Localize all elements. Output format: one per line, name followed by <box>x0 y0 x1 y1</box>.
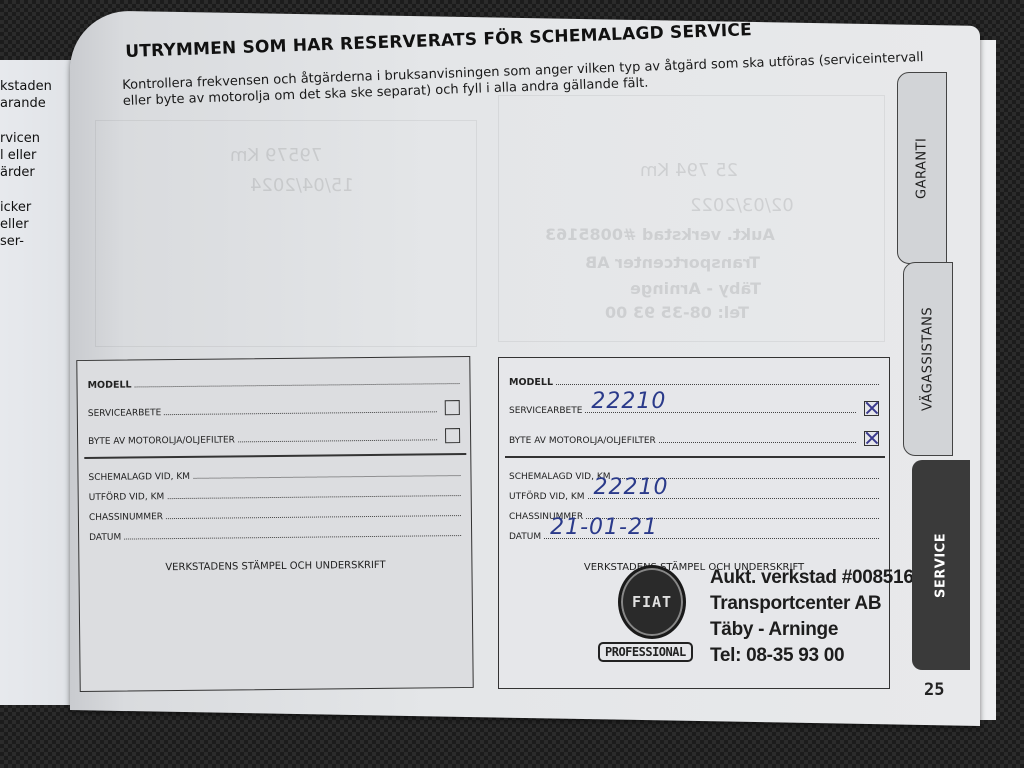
handwritten-datum: 21-01-21 <box>550 515 658 540</box>
stamp-line: Transportcenter AB <box>710 591 924 617</box>
handwritten-utford: 22210 <box>594 475 669 500</box>
servicearbete-checkbox[interactable] <box>445 400 460 415</box>
datum-row: DATUM <box>89 523 461 543</box>
servicearbete-row: SERVICEARBETE 22210 <box>509 400 879 416</box>
modell-row: MODELL <box>87 371 459 391</box>
stamp-label: VERKSTADENS STÄMPEL OCH UNDERSKRIFT <box>79 559 471 574</box>
servicearbete-label: SERVICEARBETE <box>509 406 582 416</box>
servicearbete-checkbox[interactable] <box>864 401 879 416</box>
modell-label: MODELL <box>509 377 553 388</box>
show-through-text: 02/03/2022 <box>690 195 794 216</box>
byte-checkbox[interactable] <box>445 428 460 443</box>
schemalagd-label: SCHEMALAGD VID, KM <box>88 472 190 483</box>
show-through-text: 15/04/2024 <box>250 175 354 196</box>
left-text-line: rvicen <box>0 130 52 147</box>
divider <box>505 456 885 458</box>
datum-label: DATUM <box>89 533 121 543</box>
professional-badge: PROFESSIONAL <box>598 642 693 662</box>
schemalagd-row: SCHEMALAGD VID, KM <box>88 463 460 483</box>
tab-service[interactable]: SERVICE <box>912 460 970 670</box>
tab-garanti[interactable]: GARANTI <box>897 72 947 264</box>
left-text-line: eller <box>0 216 52 233</box>
modell-field[interactable] <box>556 384 879 385</box>
show-through-text: 25 794 Km <box>640 160 738 181</box>
show-through-text: Tel: 08-35 93 00 <box>605 303 749 322</box>
servicearbete-row: SERVICEARBETE <box>88 399 460 419</box>
byte-field <box>238 439 437 442</box>
datum-field[interactable]: 21-01-21 <box>544 538 879 539</box>
utford-label: UTFÖRD VID, KM <box>509 492 585 502</box>
left-text-line: kstaden <box>0 78 52 95</box>
chassi-field[interactable] <box>166 515 461 519</box>
page-number: 25 <box>924 680 944 700</box>
chassi-label: CHASSINUMMER <box>89 512 163 523</box>
byte-row: BYTE AV MOTOROLJA/OLJEFILTER <box>88 427 460 447</box>
datum-label: DATUM <box>509 532 541 542</box>
byte-field <box>659 442 856 443</box>
tab-vagassistans[interactable]: VÄGASSISTANS <box>903 262 953 456</box>
service-form-1: MODELL SERVICEARBETE BYTE AV MOTOROLJA/O… <box>76 356 473 692</box>
byte-row: BYTE AV MOTOROLJA/OLJEFILTER <box>509 430 879 446</box>
show-through-text: Transportcenter AB <box>585 253 760 272</box>
schemalagd-row: SCHEMALAGD VID, KM <box>509 466 879 482</box>
utford-row: UTFÖRD VID, KM <box>89 483 461 503</box>
left-text-line: ser- <box>0 233 52 250</box>
fiat-logo-icon: FIAT <box>618 565 686 639</box>
modell-label: MODELL <box>87 379 131 390</box>
modell-row: MODELL <box>509 372 879 388</box>
stamp-text: Aukt. verkstad #0085163 Transportcenter … <box>710 565 924 669</box>
utford-field[interactable]: 22210 <box>588 498 879 499</box>
divider <box>84 453 466 459</box>
stamp-line: Aukt. verkstad #0085163 <box>710 565 924 591</box>
byte-label: BYTE AV MOTOROLJA/OLJEFILTER <box>509 436 656 446</box>
left-text-line: icker <box>0 199 52 216</box>
stamp-line: Tel: 08-35 93 00 <box>710 643 924 669</box>
schemalagd-field[interactable] <box>193 475 460 479</box>
show-through-text: Aukt. verkstad #0085163 <box>545 225 775 244</box>
utford-row: UTFÖRD VID, KM 22210 <box>509 486 879 502</box>
byte-checkbox[interactable] <box>864 431 879 446</box>
stamp-line: Täby - Arninge <box>710 617 924 643</box>
show-through-text: 79579 Km <box>230 145 322 166</box>
servicearbete-label: SERVICEARBETE <box>88 408 162 419</box>
left-text-line: arande <box>0 95 52 112</box>
chassi-row: CHASSINUMMER <box>89 503 461 523</box>
datum-row: DATUM 21-01-21 <box>509 526 879 542</box>
handwritten-servicearbete: 22210 <box>591 389 666 414</box>
datum-field[interactable] <box>124 535 461 540</box>
byte-label: BYTE AV MOTOROLJA/OLJEFILTER <box>88 435 235 447</box>
utford-label: UTFÖRD VID, KM <box>89 492 165 503</box>
modell-field[interactable] <box>135 383 460 387</box>
utford-field[interactable] <box>167 495 460 499</box>
show-through-text: Täby - Arninge <box>630 279 761 298</box>
left-text-line: l eller <box>0 147 52 164</box>
left-page-text: kstaden arande rvicen l eller ärder icke… <box>0 78 52 250</box>
left-text-line: ärder <box>0 164 52 181</box>
workshop-stamp: FIAT PROFESSIONAL Aukt. verkstad #008516… <box>598 565 918 675</box>
servicearbete-field[interactable]: 22210 <box>585 412 856 413</box>
servicearbete-field[interactable] <box>164 411 437 415</box>
